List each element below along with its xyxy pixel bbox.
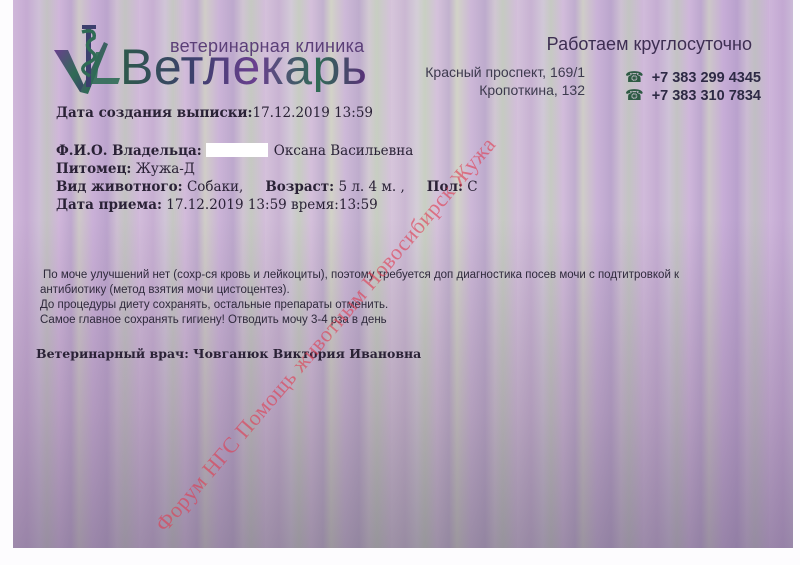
address-2: Кропоткина, 132 xyxy=(479,82,585,98)
pet-label: Питомец: xyxy=(56,161,131,177)
species-label: Вид животного: xyxy=(56,179,183,195)
species-age-sex-row: Вид животного: Собаки,Возраст: 5 л. 4 м.… xyxy=(56,179,478,195)
owner-value: Оксана Васильевна xyxy=(274,143,414,159)
phone-number-1: +7 383 299 4345 xyxy=(652,70,761,86)
record-created-row: Дата создания выписки:17.12.2019 13:59 xyxy=(56,105,373,121)
phone-2: ☎+7 383 310 7834 xyxy=(625,86,761,104)
phone-1: ☎+7 383 299 4345 xyxy=(625,68,761,86)
phone-number-2: +7 383 310 7834 xyxy=(652,88,761,104)
age-value: 5 л. 4 м. , xyxy=(338,179,404,195)
caduceus-vl-monogram-icon xyxy=(52,22,128,97)
pet-row: Питомец: Жужа-Д xyxy=(56,161,195,177)
visit-value: 17.12.2019 13:59 xyxy=(166,197,287,213)
note-line: антибиотику (метод взятия мочи цистоцент… xyxy=(40,283,760,298)
age-label: Возраст: xyxy=(265,179,334,195)
note-line: По моче улучшений нет (сохр-ся кровь и л… xyxy=(40,268,760,283)
redacted-surname xyxy=(206,143,268,157)
visit-label: Дата приема: xyxy=(56,197,162,213)
time-label: время: xyxy=(291,197,339,213)
telephone-icon: ☎ xyxy=(625,87,644,104)
owner-row: Ф.И.О. Владельца:Оксана Васильевна xyxy=(56,143,413,159)
doctor-signature: Ветеринарный врач: Човганюк Виктория Ива… xyxy=(36,346,421,361)
time-value: 13:59 xyxy=(339,197,378,213)
created-label: Дата создания выписки: xyxy=(56,105,253,121)
note-line: До процедуры диету сохранять, остальные … xyxy=(40,298,760,313)
species-value: Собаки, xyxy=(187,179,243,195)
pet-value: Жужа-Д xyxy=(136,161,195,177)
address-1: Красный проспект, 169/1 xyxy=(425,64,585,80)
clinic-name: Ветлекарь xyxy=(120,42,367,92)
created-value: 17.12.2019 13:59 xyxy=(253,105,374,121)
working-hours: Работаем круглосуточно xyxy=(547,34,752,55)
visit-row: Дата приема: 17.12.2019 13:59 время:13:5… xyxy=(56,197,378,213)
owner-label: Ф.И.О. Владельца: xyxy=(56,143,202,159)
note-line: Самое главное сохранять гигиену! Отводит… xyxy=(40,313,760,328)
telephone-icon: ☎ xyxy=(625,69,644,86)
treatment-notes: По моче улучшений нет (сохр-ся кровь и л… xyxy=(40,268,760,328)
doctor-label: Ветеринарный врач: xyxy=(36,346,189,361)
